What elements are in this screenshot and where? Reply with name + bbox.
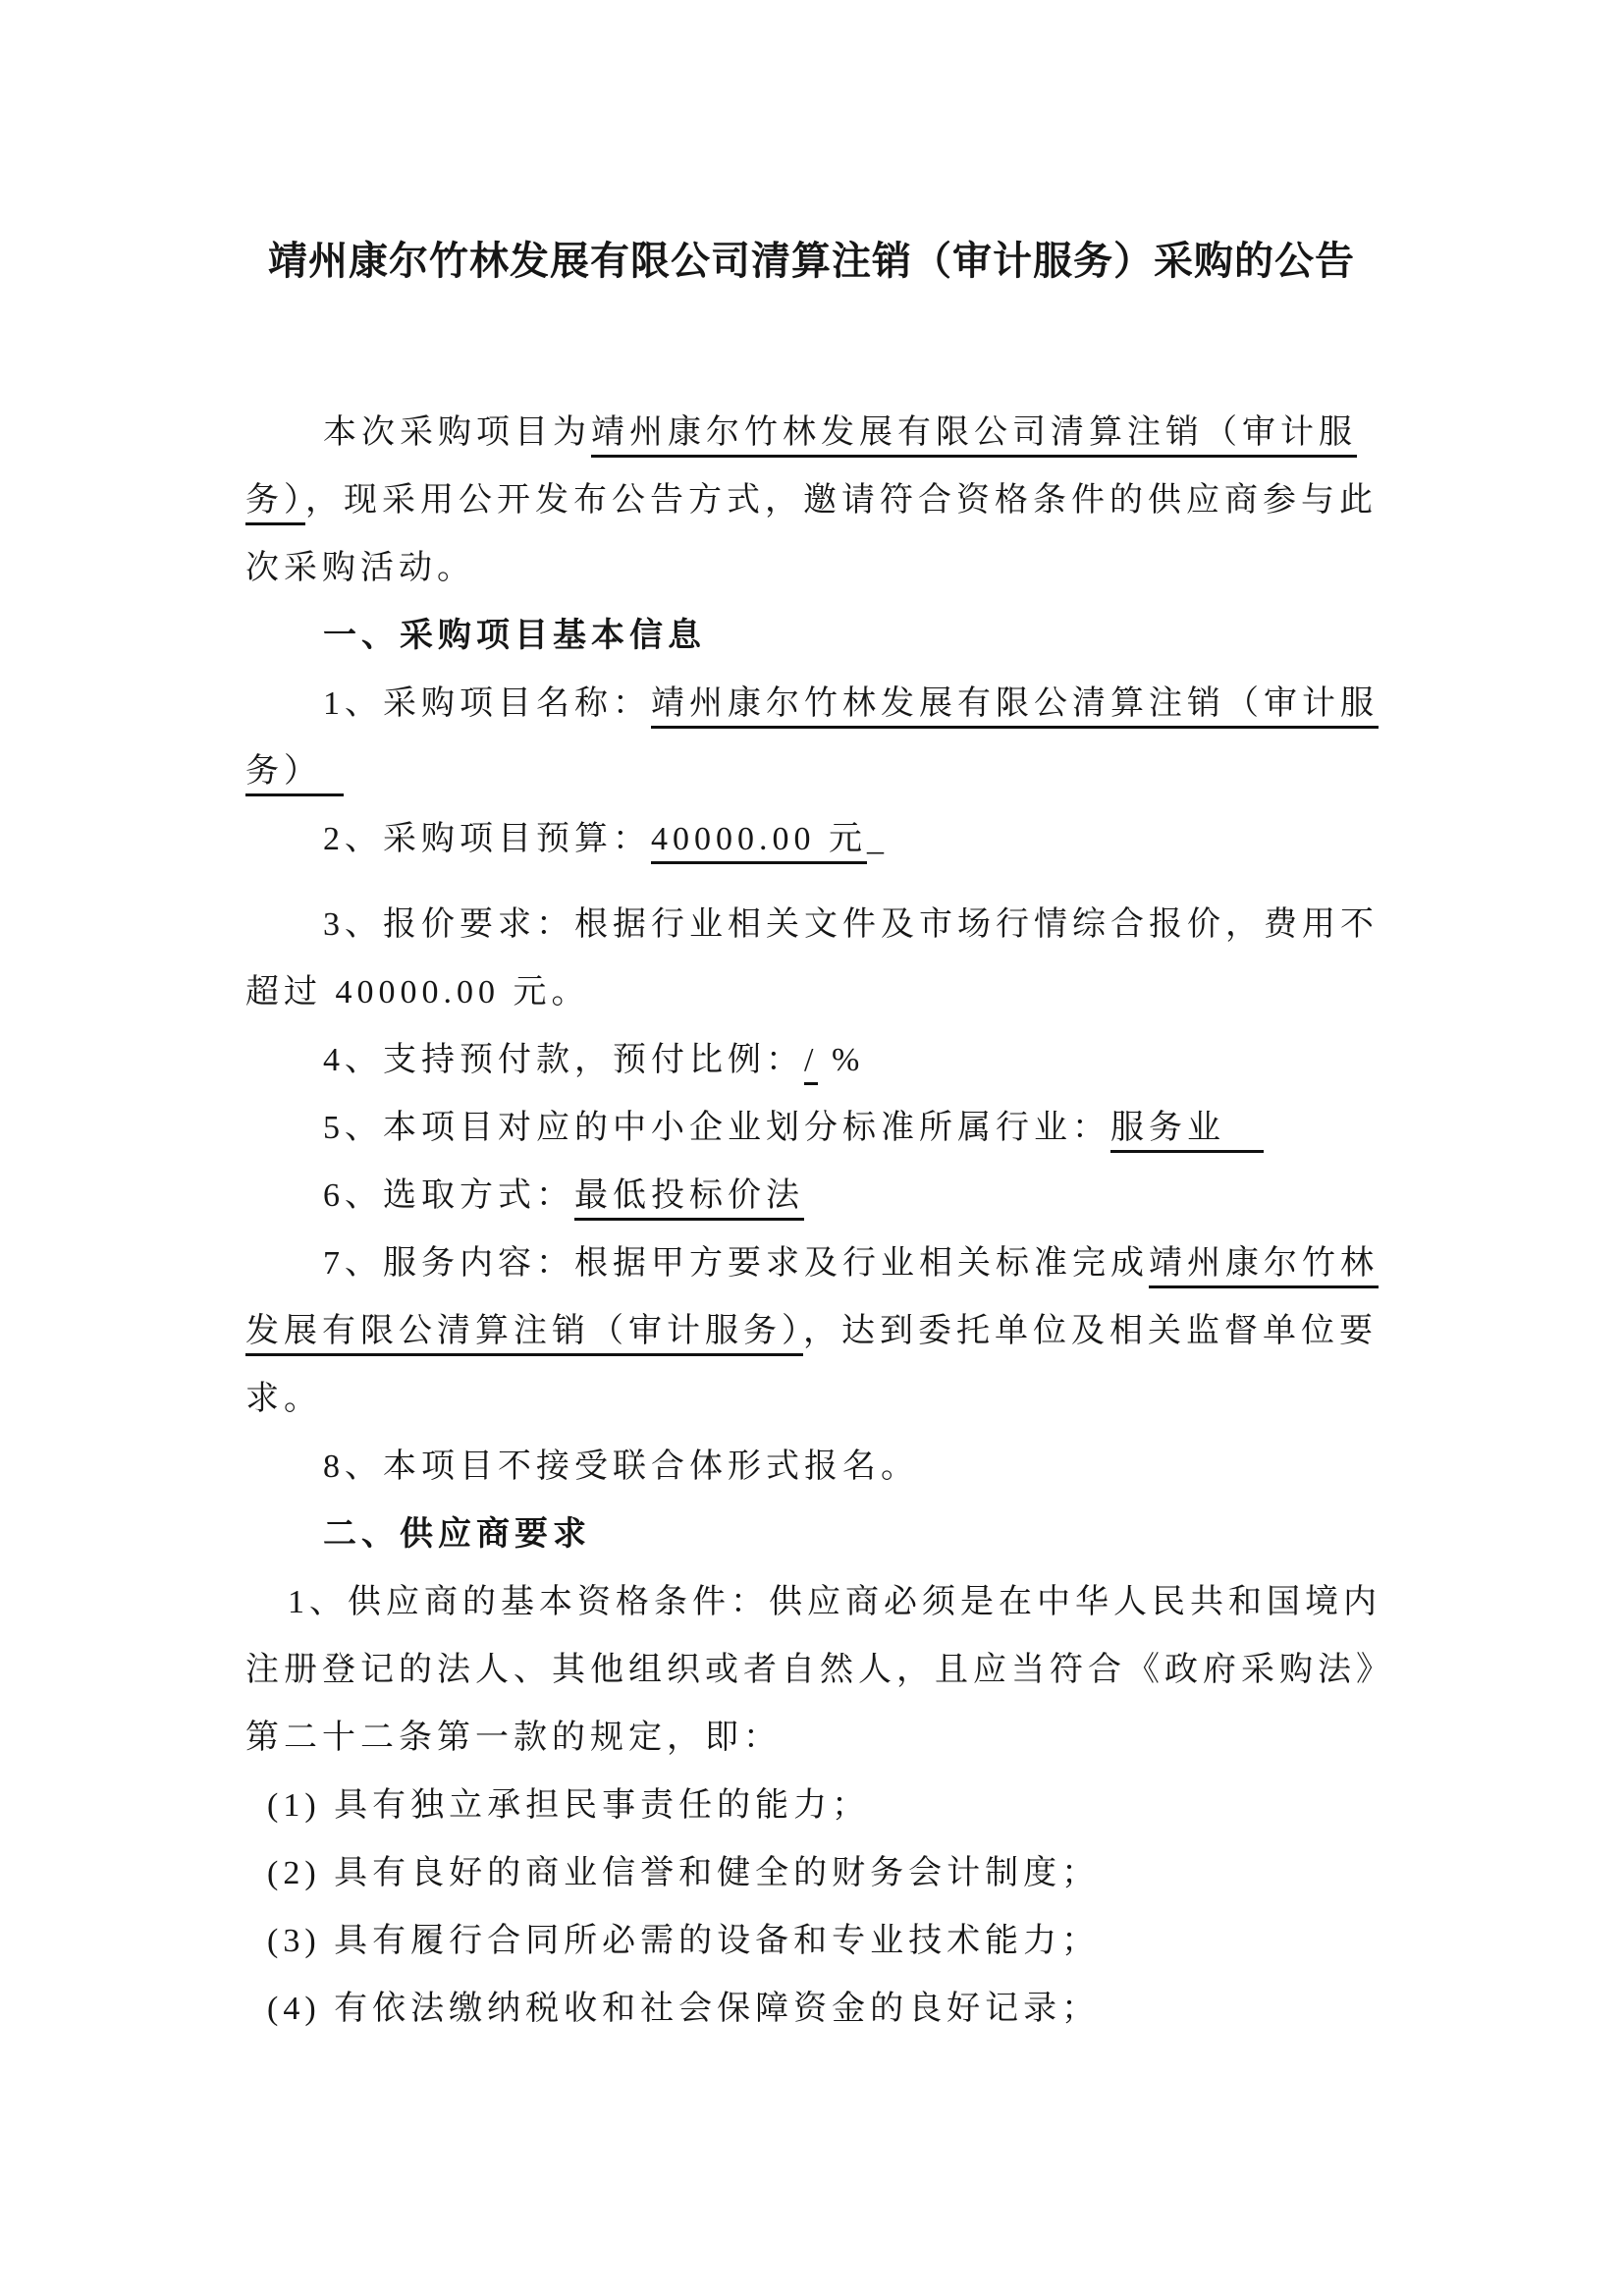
item-4-line: 4、支持预付款，预付比例：/ % [245,1026,1434,1094]
line-text: _ [867,821,889,857]
line-text: 1、供应商的基本资格条件：供应商必须是在中华人民共和国境内 [288,1584,1381,1620]
line-text: 5、本项目对应的中小企业划分标准所属行业： [323,1110,1110,1146]
line-text: 1、采购项目名称： [323,685,651,722]
supplier-req-line-2: 注册登记的法人、其他组织或者自然人，且应当符合《政府采购法》 [245,1636,1434,1704]
condition-1-line: (1) 具有独立承担民事责任的能力； [245,1772,1434,1839]
line-text: 二、供应商要求 [323,1516,591,1553]
item-1-line-1: 1、采购项目名称：靖州康尔竹林发展有限公清算注销（审计服 [245,670,1434,738]
line-text: % [818,1042,864,1078]
line-text: (1) 具有独立承担民事责任的能力； [267,1787,870,1824]
line-text: 本次采购项目为 [323,414,591,451]
item-5-line: 5、本项目对应的中小企业划分标准所属行业：服务业 [245,1094,1434,1162]
paragraph-intro-line-1: 本次采购项目为靖州康尔竹林发展有限公司清算注销（审计服 [245,399,1434,466]
section-heading-2: 二、供应商要求 [245,1501,1434,1568]
condition-3-line: (3) 具有履行合同所必需的设备和专业技术能力； [245,1907,1434,1975]
line-text: 6、选取方式： [323,1177,574,1214]
document-body: 本次采购项目为靖州康尔竹林发展有限公司清算注销（审计服 务），现采用公开发布公告… [245,399,1434,2043]
line-text: (2) 具有良好的商业信誉和健全的财务会计制度； [267,1855,1100,1891]
item-7-line-1: 7、服务内容：根据甲方要求及行业相关标准完成靖州康尔竹林 [245,1230,1434,1297]
paragraph-intro-line-3: 次采购活动。 [245,534,1434,602]
line-text: (4) 有依法缴纳税收和社会保障资金的良好记录； [267,1991,1100,2027]
supplier-req-line-3: 第二十二条第一款的规定，即： [245,1704,1434,1772]
document-page: 靖州康尔竹林发展有限公司清算注销（审计服务）采购的公告 本次采购项目为靖州康尔竹… [0,0,1623,2296]
underlined-text: 靖州康尔竹林发展有限公司清算注销（审计服 [591,414,1357,458]
line-text: 次采购活动。 [245,550,475,586]
item-3-line-2: 超过 40000.00 元。 [245,958,1434,1026]
underlined-text: 最低投标价法 [574,1177,804,1221]
underlined-text: 发展有限公清算注销（审计服务） [245,1313,803,1356]
line-text: 超过 40000.00 元。 [245,974,590,1011]
supplier-req-line-1: 1、供应商的基本资格条件：供应商必须是在中华人民共和国境内 [245,1568,1434,1636]
underlined-text: 服务业 [1110,1110,1264,1153]
underlined-text: 靖州康尔竹林发展有限公清算注销（审计服 [651,685,1379,729]
item-1-line-2: 务） [245,738,1434,805]
condition-2-line: (2) 具有良好的商业信誉和健全的财务会计制度； [245,1839,1434,1907]
document-title: 靖州康尔竹林发展有限公司清算注销（审计服务）采购的公告 [0,236,1623,287]
item-3-line-1: 3、报价要求：根据行业相关文件及市场行情综合报价，费用不 [245,891,1434,958]
underlined-text: 40000.00 元 [651,821,867,864]
line-text: 一、采购项目基本信息 [323,618,706,654]
line-text: 3、报价要求：根据行业相关文件及市场行情综合报价，费用不 [323,906,1379,943]
line-text: 7、服务内容：根据甲方要求及行业相关标准完成 [323,1245,1149,1282]
line-text: 第二十二条第一款的规定，即： [245,1720,782,1756]
item-2-line: 2、采购项目预算：40000.00 元_ [245,805,1434,873]
underlined-text: 务） [245,753,344,796]
line-text: 4、支持预付款，预付比例： [323,1042,804,1078]
item-7-line-3: 求。 [245,1365,1434,1433]
underlined-text: / [804,1042,818,1085]
line-text: (3) 具有履行合同所必需的设备和专业技术能力； [267,1923,1100,1959]
line-text: 求。 [245,1381,322,1417]
line-text: ，现采用公开发布公告方式，邀请符合资格条件的供应商参与此 [305,482,1378,519]
section-heading-1: 一、采购项目基本信息 [245,602,1434,670]
item-8-line: 8、本项目不接受联合体形式报名。 [245,1433,1434,1501]
condition-4-line: (4) 有依法缴纳税收和社会保障资金的良好记录； [245,1975,1434,2043]
item-7-line-2: 发展有限公清算注销（审计服务），达到委托单位及相关监督单位要 [245,1297,1434,1365]
item-6-line: 6、选取方式：最低投标价法 [245,1162,1434,1230]
line-text: 8、本项目不接受联合体形式报名。 [323,1449,919,1485]
line-text: 注册登记的法人、其他组织或者自然人，且应当符合《政府采购法》 [245,1652,1394,1688]
underlined-text: 靖州康尔竹林 [1149,1245,1379,1288]
paragraph-intro-line-2: 务），现采用公开发布公告方式，邀请符合资格条件的供应商参与此 [245,466,1434,534]
underlined-text: 务） [245,482,305,525]
line-text: 2、采购项目预算： [323,821,651,857]
line-text: ，达到委托单位及相关监督单位要 [803,1313,1378,1349]
